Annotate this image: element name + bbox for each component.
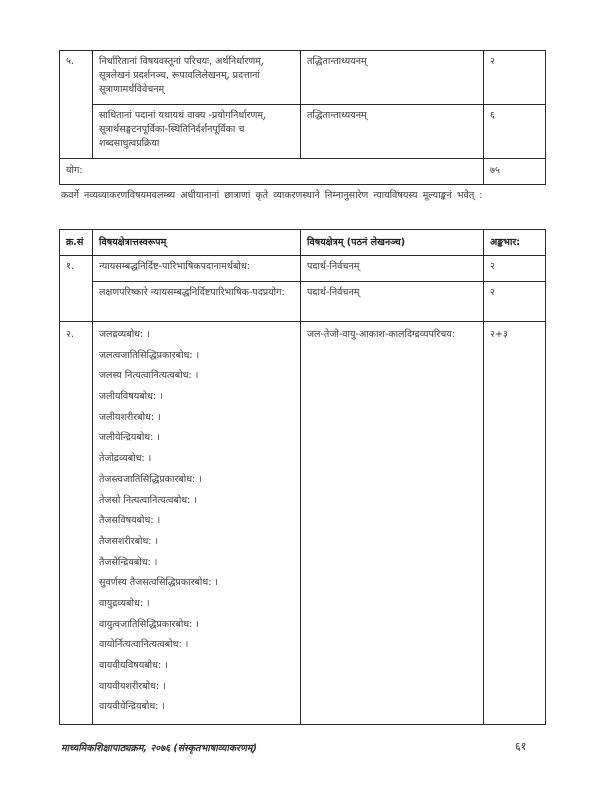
topic-list-item: तेजोद्रव्यबोध: । xyxy=(99,452,294,473)
topic-list-item: तैजसेन्द्रियबोध: । xyxy=(99,556,294,577)
topic-list-item: तेजस्त्वजातिसिद्धिप्रकारबोध: । xyxy=(99,473,294,494)
table-header-row: क्र.सं विषयक्षेत्रात्तस्वरूपम् विषयक्षेत… xyxy=(60,230,546,256)
topic-list-item: जलस्य नित्यत्वानित्यत्वबोध: । xyxy=(99,369,294,390)
total-label: योग: xyxy=(60,159,484,185)
topic-list: जलद्रव्यबोध: ।जलत्वजातिसिद्धिप्रकारबोध: … xyxy=(99,328,294,721)
header-marks: अङ्कभार: xyxy=(484,230,546,256)
topic-list-item: वायवीयेन्द्रियबोध: । xyxy=(99,700,294,721)
row-content: निर्धारितानां विषयवस्तूनां परिचयः, अर्थन… xyxy=(93,51,301,105)
row-number: २. xyxy=(60,322,93,725)
topic-list-item: जलद्रव्यबोध: । xyxy=(99,328,294,349)
row-area: पदार्थ-निर्वचनम् xyxy=(301,256,484,282)
topic-list-item: वायोर्नित्यत्वानित्यत्वबोध: । xyxy=(99,638,294,659)
topic-list-item: तैजसशरीरबोध: । xyxy=(99,535,294,556)
topic-list-item: जलीयेन्द्रियबोध: । xyxy=(99,431,294,452)
row-marks: २+३ xyxy=(484,322,546,725)
row-marks: ६ xyxy=(484,105,546,159)
row-marks: २ xyxy=(484,256,546,282)
topic-list-item: वायवीयविषयबोध: । xyxy=(99,659,294,680)
table-row: साधितानां पदानां यथायथं वाक्य -प्रयोगनिर… xyxy=(60,105,546,159)
topic-list-item: वायुत्वजातिसिद्धिप्रकारबोध: । xyxy=(99,618,294,639)
evaluation-table: क्र.सं विषयक्षेत्रात्तस्वरूपम् विषयक्षेत… xyxy=(59,229,546,725)
table-row: २. जलद्रव्यबोध: ।जलत्वजातिसिद्धिप्रकारबो… xyxy=(60,322,546,725)
topic-list-item: जलीयशरीरबोध: । xyxy=(99,411,294,432)
row-content: साधितानां पदानां यथायथं वाक्य -प्रयोगनिर… xyxy=(93,105,301,159)
intro-paragraph: कवर्गे नव्यव्याकरणविषयमवलम्ब्य अधीयानाना… xyxy=(61,189,543,203)
header-serial: क्र.सं xyxy=(60,230,93,256)
row-area: जल-तेजो-वायु-आकाश-कालदिग्द्रव्यपरिचय: xyxy=(301,322,484,725)
top-table: ५. निर्धारितानां विषयवस्तूनां परिचयः, अर… xyxy=(59,50,546,185)
row-area: पदार्थ-निर्वचनम् xyxy=(301,282,484,322)
row-marks: २ xyxy=(484,282,546,322)
row-content: न्यायसम्बद्धनिर्दिष्ट-पारिभाषिकपदानामर्थ… xyxy=(93,256,301,282)
topic-list-item: तेजसो नित्यत्वानित्यत्वबोध: । xyxy=(99,494,294,515)
table-row: ५. निर्धारितानां विषयवस्तूनां परिचयः, अर… xyxy=(60,51,546,105)
row-number: १. xyxy=(60,256,93,322)
table-row: लक्षणपरिष्कारे न्यायसम्बद्धनिर्दिष्टपारि… xyxy=(60,282,546,322)
footer-title: माध्यमिकशिक्षापाठ्यक्रम, २०७६ (संस्कृतभा… xyxy=(61,741,257,754)
total-row: योग: ७५ xyxy=(60,159,546,185)
header-area: विषयक्षेत्रम् (पठनं लेखनञ्च) xyxy=(301,230,484,256)
row-area: तद्धितान्ताध्ययनम् xyxy=(301,105,484,159)
row-marks: २ xyxy=(484,51,546,105)
row-content-list: जलद्रव्यबोध: ।जलत्वजातिसिद्धिप्रकारबोध: … xyxy=(93,322,301,725)
topic-list-item: तैजसविषयबोध: । xyxy=(99,514,294,535)
table-row: १. न्यायसम्बद्धनिर्दिष्ट-पारिभाषिकपदानाम… xyxy=(60,256,546,282)
topic-list-item: जलत्वजातिसिद्धिप्रकारबोध: । xyxy=(99,349,294,370)
total-value: ७५ xyxy=(484,159,546,185)
topic-list-item: जलीयविषयबोध: । xyxy=(99,390,294,411)
topic-list-item: वायुद्रव्यबोध: । xyxy=(99,597,294,618)
header-content: विषयक्षेत्रात्तस्वरूपम् xyxy=(93,230,301,256)
row-content: लक्षणपरिष्कारे न्यायसम्बद्धनिर्दिष्टपारि… xyxy=(93,282,301,322)
topic-list-item: वायवीयशरीरबोध: । xyxy=(99,680,294,701)
row-number: ५. xyxy=(60,51,93,159)
row-area: तद्धितान्ताध्ययनम् xyxy=(301,51,484,105)
page-number: ६१ xyxy=(515,739,526,754)
topic-list-item: सुवर्णस्य तैजसत्वसिद्धिप्रकारबोध: । xyxy=(99,576,294,597)
